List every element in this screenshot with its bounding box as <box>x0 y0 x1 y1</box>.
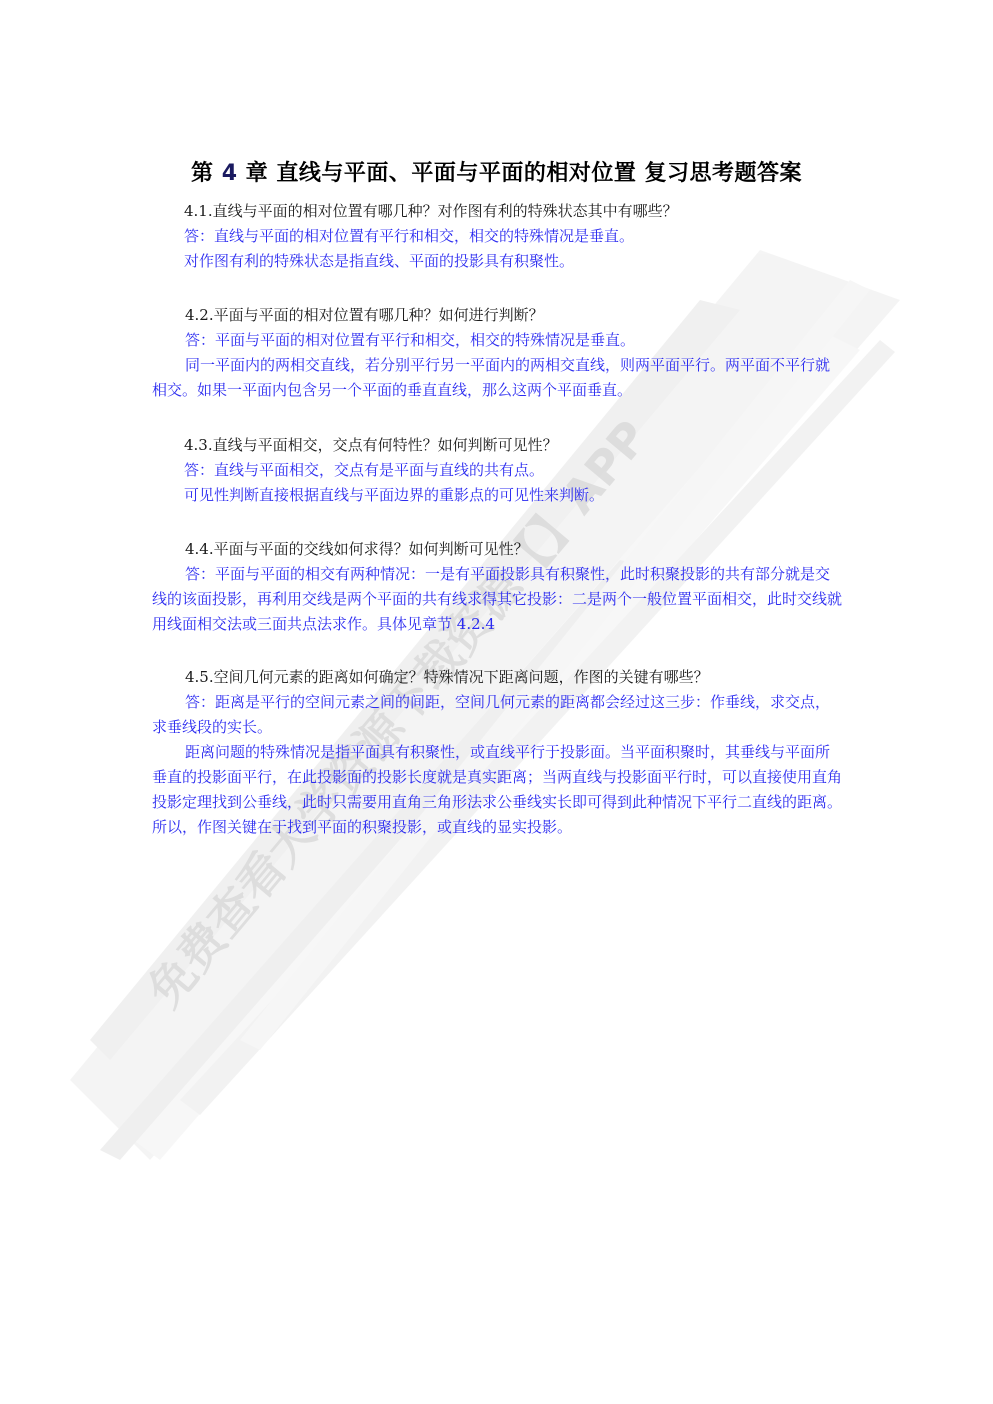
section-4-4: 4.4.平面与平面的交线如何求得？如何判断可见性？ 答：平面与平面的相交有两种情… <box>152 537 844 637</box>
answer-4-3-line-1: 答：直线与平面相交，交点有是平面与直线的共有点。 <box>152 458 844 483</box>
title-prefix: 第 <box>191 161 214 186</box>
answer-4-1-line-2: 对作图有利的特殊状态是指直线、平面的投影具有积聚性。 <box>152 249 844 274</box>
question-4-4: 4.4.平面与平面的交线如何求得？如何判断可见性？ <box>152 537 844 562</box>
section-4-2: 4.2.平面与平面的相对位置有哪几种？如何进行判断？ 答：平面与平面的相对位置有… <box>152 303 844 403</box>
answer-4-2-line-2: 同一平面内的两相交直线，若分别平行另一平面内的两相交直线，则两平面平行。两平面不… <box>152 353 844 403</box>
question-4-3: 4.3.直线与平面相交，交点有何特性？如何判断可见性？ <box>152 433 844 458</box>
page-title: 第 4 章 直线与平面、平面与平面的相对位置 复习思考题答案 <box>0 156 993 187</box>
answer-4-3-line-2: 可见性判断直接根据直线与平面边界的重影点的可见性来判断。 <box>152 483 844 508</box>
section-4-1: 4.1.直线与平面的相对位置有哪几种？对作图有利的特殊状态其中有哪些？ 答：直线… <box>152 199 844 274</box>
title-chapter-number: 4 <box>222 161 238 186</box>
section-4-3: 4.3.直线与平面相交，交点有何特性？如何判断可见性？ 答：直线与平面相交，交点… <box>152 433 844 508</box>
question-4-1: 4.1.直线与平面的相对位置有哪几种？对作图有利的特殊状态其中有哪些？ <box>152 199 844 224</box>
answer-4-5-line-2: 距离问题的特殊情况是指平面具有积聚性，或直线平行于投影面。当平面积聚时，其垂线与… <box>152 740 844 840</box>
answer-4-5-line-1: 答：距离是平行的空间元素之间的间距，空间几何元素的距离都会经过这三步：作垂线，求… <box>152 690 844 740</box>
answer-4-2-line-1: 答：平面与平面的相对位置有平行和相交，相交的特殊情况是垂直。 <box>152 328 844 353</box>
question-4-2: 4.2.平面与平面的相对位置有哪几种？如何进行判断？ <box>152 303 844 328</box>
answer-4-1-line-1: 答：直线与平面的相对位置有平行和相交，相交的特殊情况是垂直。 <box>152 224 844 249</box>
section-4-5: 4.5.空间几何元素的距离如何确定？特殊情况下距离问题，作图的关键有哪些？ 答：… <box>152 665 844 840</box>
answer-4-4-line-1: 答：平面与平面的相交有两种情况：一是有平面投影具有积聚性，此时积聚投影的共有部分… <box>152 562 844 637</box>
question-4-5: 4.5.空间几何元素的距离如何确定？特殊情况下距离问题，作图的关键有哪些？ <box>152 665 844 690</box>
title-rest: 章 直线与平面、平面与平面的相对位置 复习思考题答案 <box>246 161 802 186</box>
